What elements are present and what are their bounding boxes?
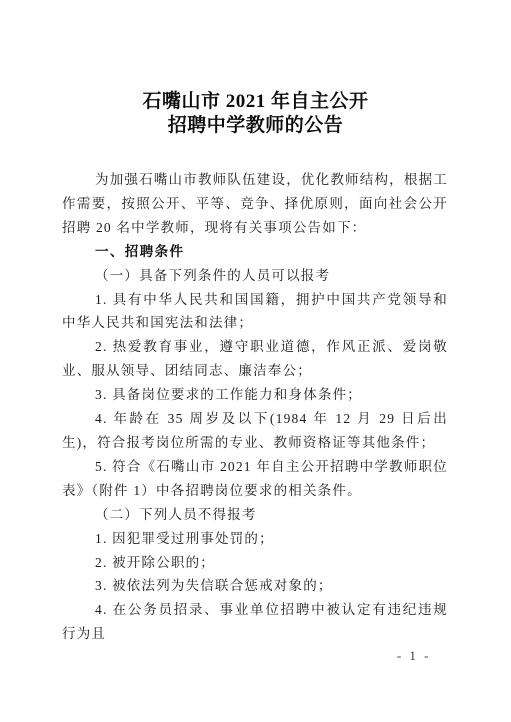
eligible-condition-item: 3. 具备岗位要求的工作能力和身体条件； — [62, 383, 448, 407]
doc-title-line-2: 招聘中学教师的公告 — [0, 114, 511, 138]
section-heading-recruitment-conditions: 一、招聘条件 — [62, 240, 448, 264]
doc-title-line-1: 石嘴山市 2021 年自主公开 — [0, 90, 511, 114]
eligible-condition-item: 2. 热爱教育事业，遵守职业道德，作风正派、爱岗敬业、服从领导、团结同志、廉洁奉… — [62, 335, 448, 383]
intro-paragraph: 为加强石嘴山市教师队伍建设，优化教师结构，根据工作需要，按照公开、平等、竞争、择… — [62, 168, 448, 240]
subsection-heading-eligible: （一）具备下列条件的人员可以报考 — [62, 264, 448, 288]
ineligible-condition-item: 4. 在公务员招录、事业单位招聘中被认定有违纪违规行为且 — [62, 598, 448, 646]
eligible-condition-item: 1. 具有中华人民共和国国籍，拥护中国共产党领导和中华人民共和国宪法和法律； — [62, 288, 448, 336]
document-page: 石嘴山市 2021 年自主公开 招聘中学教师的公告 为加强石嘴山市教师队伍建设，… — [0, 0, 511, 722]
eligible-condition-item: 4. 年龄在 35 周岁及以下(1984 年 12 月 29 日后出生)，符合报… — [62, 407, 448, 455]
ineligible-condition-item: 2. 被开除公职的； — [62, 551, 448, 575]
doc-body: 为加强石嘴山市教师队伍建设，优化教师结构，根据工作需要，按照公开、平等、竞争、择… — [62, 168, 448, 646]
subsection-heading-ineligible: （二）下列人员不得报考 — [62, 503, 448, 527]
doc-title: 石嘴山市 2021 年自主公开 招聘中学教师的公告 — [0, 90, 511, 137]
page-number: - 1 - — [397, 648, 431, 664]
ineligible-condition-item: 3. 被依法列为失信联合惩戒对象的； — [62, 574, 448, 598]
ineligible-condition-item: 1. 因犯罪受过刑事处罚的； — [62, 527, 448, 551]
eligible-condition-item: 5. 符合《石嘴山市 2021 年自主公开招聘中学教师职位表》（附件 1）中各招… — [62, 455, 448, 503]
